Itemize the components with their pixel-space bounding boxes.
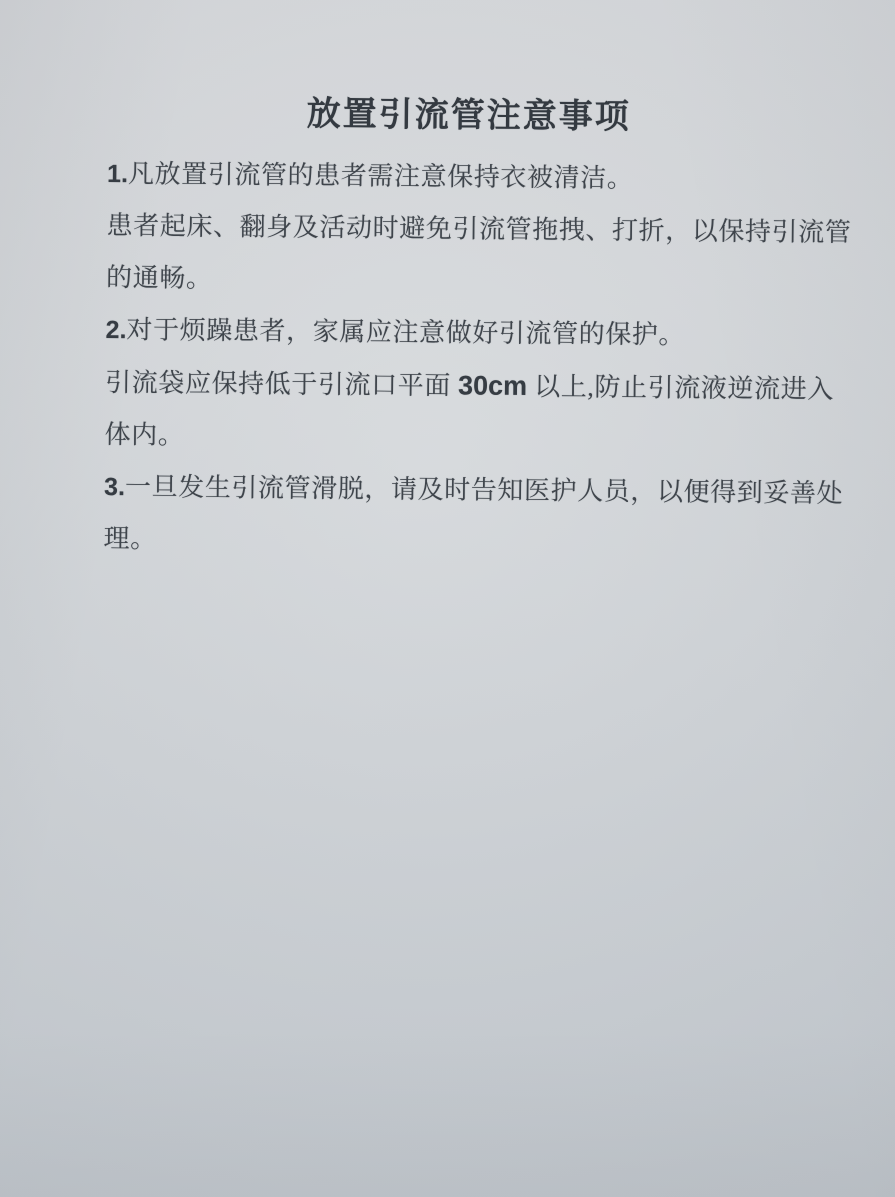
notice-line: 的通畅。 <box>106 252 828 311</box>
notice-item-1: 1.凡放置引流管的患者需注意保持衣被清洁。 患者起床、翻身及活动时避免引流管拖拽… <box>106 148 829 311</box>
notice-line: 引流袋应保持低于引流口平面 30cm 以上,防止引流液逆流进入 <box>105 356 827 416</box>
line-text: 理。 <box>103 524 156 554</box>
document-photo: { "document": { "title": "放置引流管注意事项", "i… <box>0 0 895 1197</box>
notice-line: 3.一旦发生引流管滑脱，请及时告知医护人员，以便得到妥善处 <box>104 461 826 520</box>
line-text: 的通畅。 <box>106 263 213 293</box>
notice-line: 1.凡放置引流管的患者需注意保持衣被清洁。 <box>107 148 829 207</box>
notice-line: 理。 <box>103 513 825 572</box>
item-number: 2. <box>106 316 127 344</box>
notice-item-3: 3.一旦发生引流管滑脱，请及时告知医护人员，以便得到妥善处 理。 <box>103 461 826 572</box>
notice-line: 2.对于烦躁患者，家属应注意做好引流管的保护。 <box>105 304 827 363</box>
notice-line: 患者起床、翻身及活动时避免引流管拖拽、打折，以保持引流管 <box>106 200 828 259</box>
notice-line: 体内。 <box>104 409 826 468</box>
line-text: 以上,防止引流液逆流进入 <box>527 372 834 404</box>
document-page: 放置引流管注意事项 1.凡放置引流管的患者需注意保持衣被清洁。 患者起床、翻身及… <box>103 84 830 572</box>
line-text: 对于烦躁患者，家属应注意做好引流管的保护。 <box>126 315 685 349</box>
line-text: 患者起床、翻身及活动时避免引流管拖拽、打折，以保持引流管 <box>107 211 852 247</box>
line-text: 一旦发生引流管滑脱，请及时告知医护人员，以便得到妥善处 <box>125 472 843 508</box>
item-number: 1. <box>107 160 128 188</box>
notice-item-2: 2.对于烦躁患者，家属应注意做好引流管的保护。 引流袋应保持低于引流口平面 30… <box>104 304 827 468</box>
document-title: 放置引流管注意事项 <box>107 84 830 147</box>
item-number: 3. <box>104 473 125 501</box>
line-text: 体内。 <box>104 420 184 450</box>
measurement-value: 30cm <box>458 370 527 401</box>
line-text: 凡放置引流管的患者需注意保持衣被清洁。 <box>128 159 634 193</box>
line-text: 引流袋应保持低于引流口平面 <box>105 368 458 400</box>
